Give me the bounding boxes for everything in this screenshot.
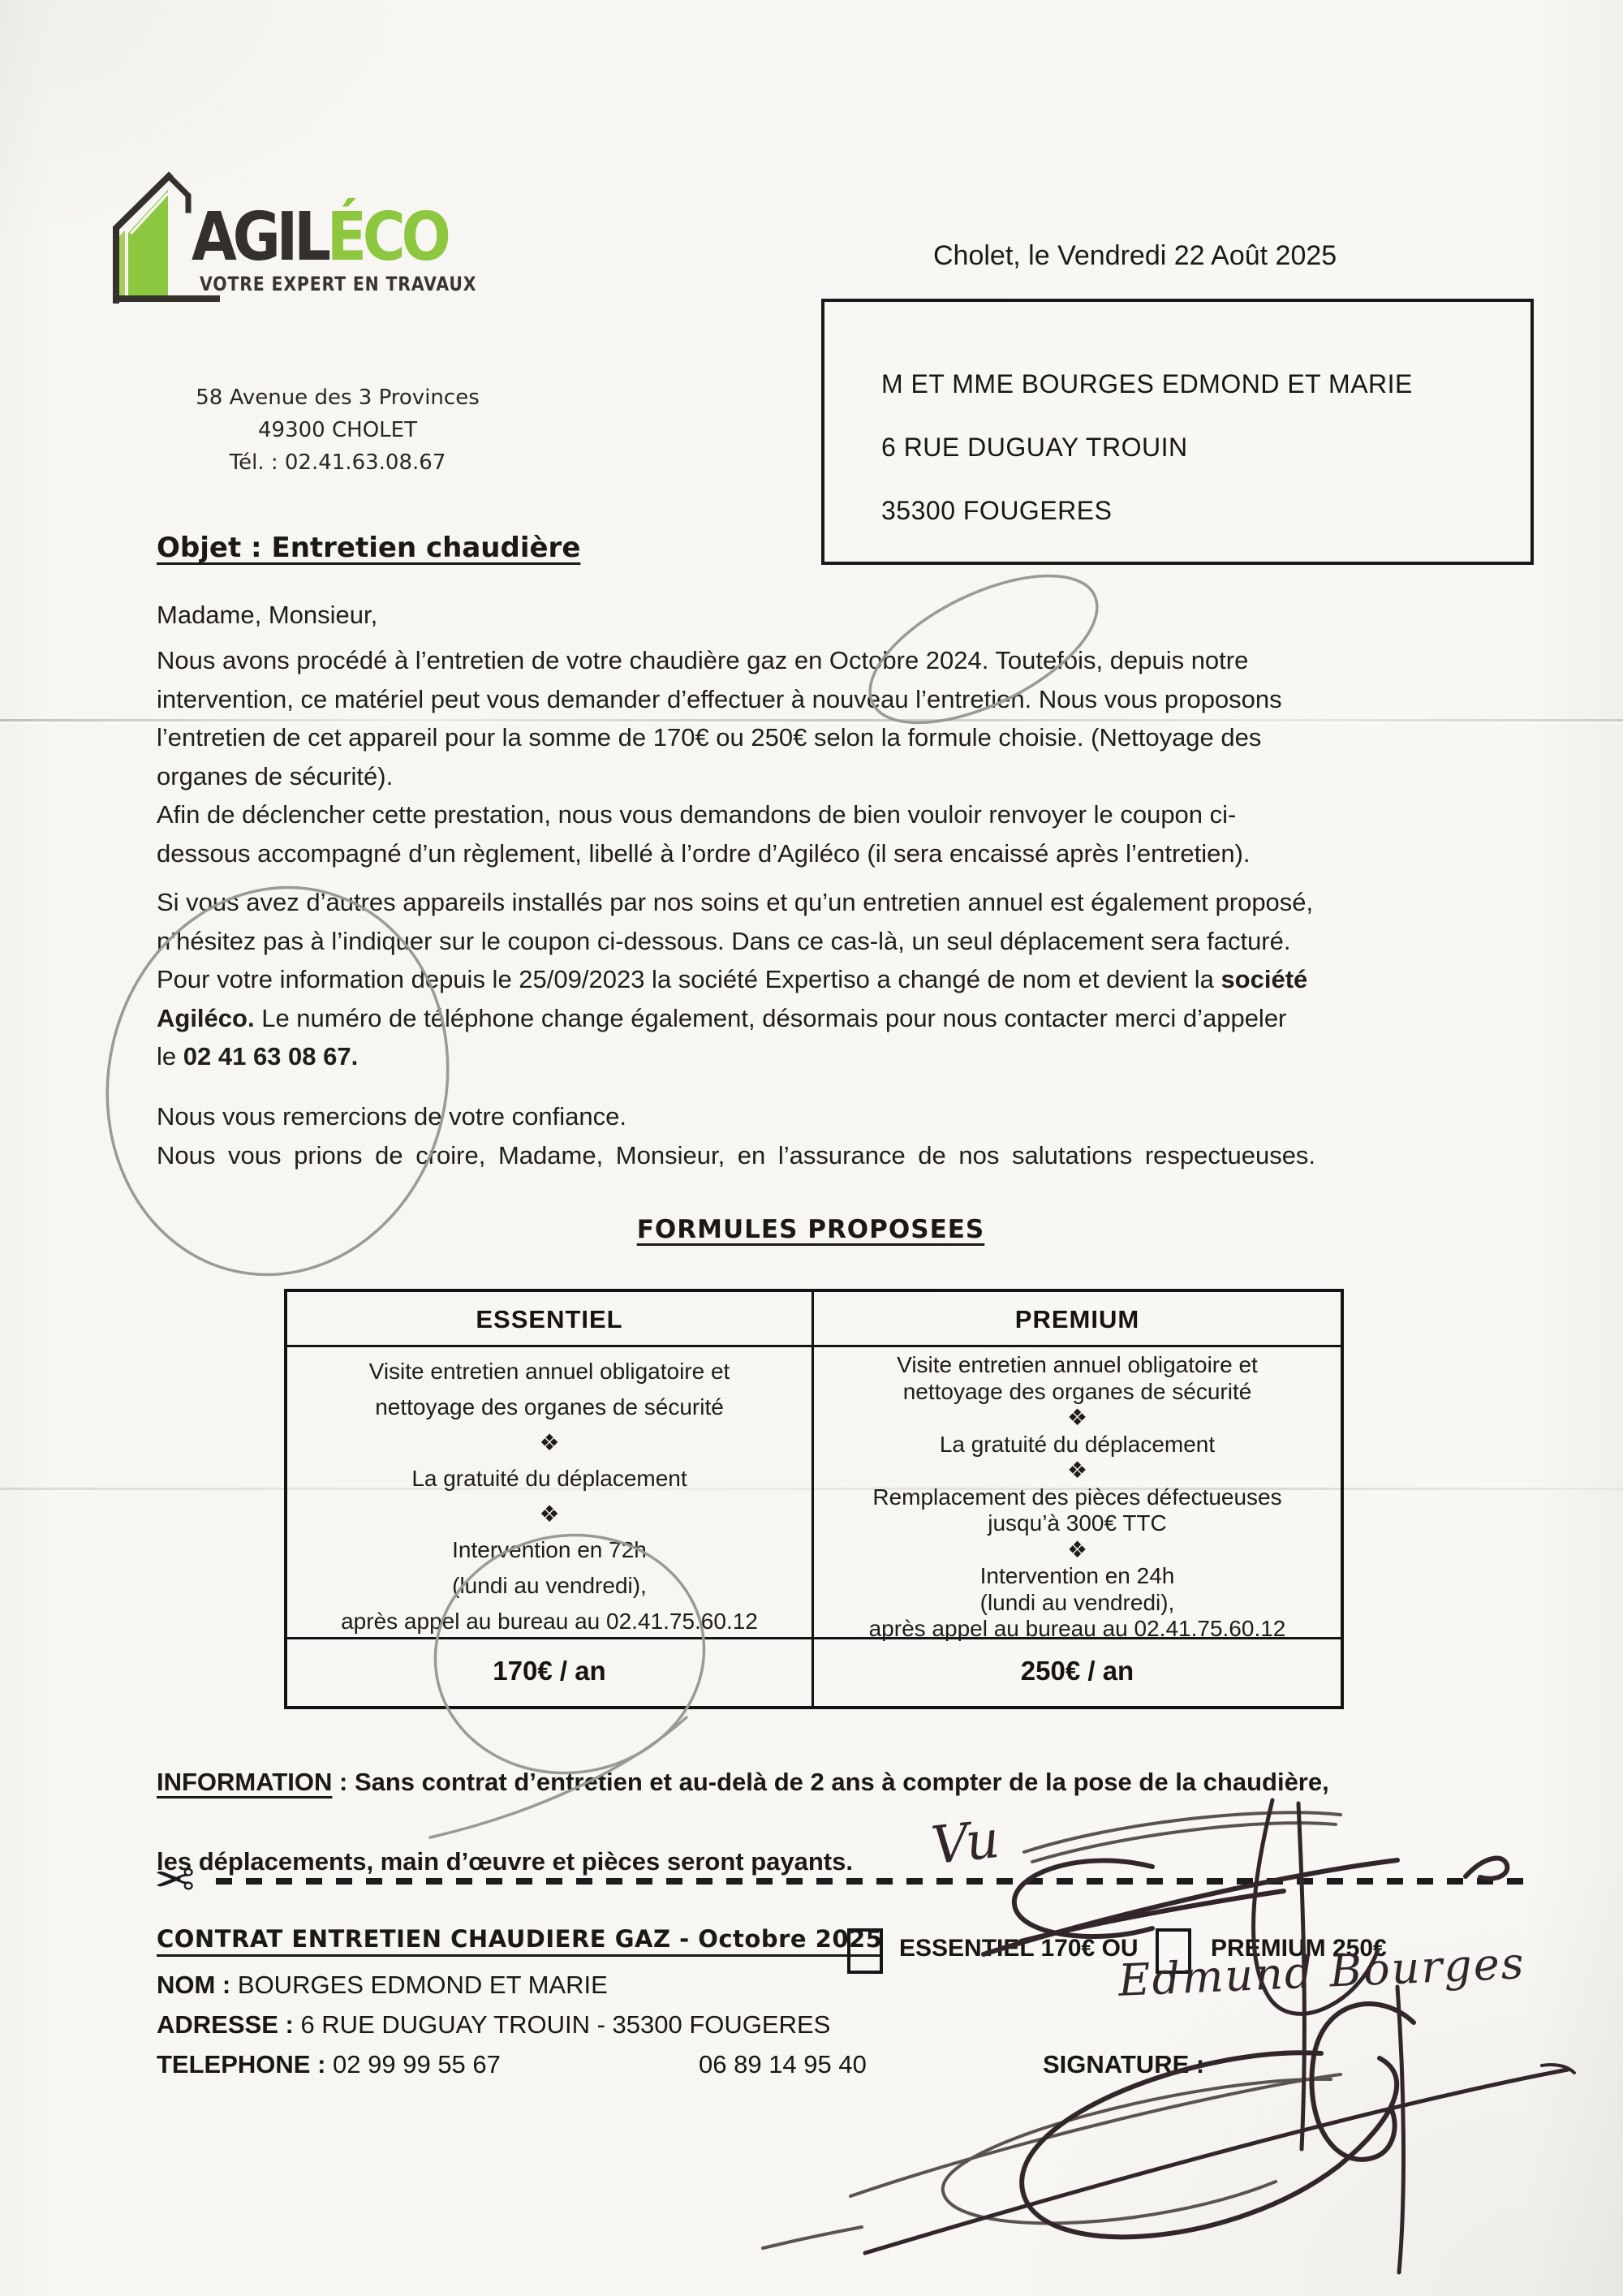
paragraph-line: Si vous avez d’autres appareils installé… xyxy=(157,883,1496,922)
coupon-telephone-row: TELEPHONE : 02 99 99 55 67 06 89 14 95 4… xyxy=(157,2050,1496,2079)
subject-line: Objet : Entretien chaudière xyxy=(157,532,580,564)
information-text: : Sans contrat d’entretien et au-delà de… xyxy=(332,1768,1328,1796)
information-line: les déplacements, main d’œuvre et pièces… xyxy=(157,1842,1496,1881)
paragraph-line: Agiléco. Le numéro de téléphone change é… xyxy=(157,999,1496,1038)
adresse-value: 6 RUE DUGUAY TROUIN - 35300 FOUGERES xyxy=(300,2010,830,2039)
nom-value: BOURGES EDMOND ET MARIE xyxy=(238,1971,608,1999)
coupon-adresse-row: ADRESSE : 6 RUE DUGUAY TROUIN - 35300 FO… xyxy=(157,2010,830,2040)
line-text: Pour votre information depuis le 25/09/2… xyxy=(157,965,1220,993)
line-text: le xyxy=(157,1042,183,1070)
premium-price: 250€ / an xyxy=(814,1639,1341,1706)
paragraph-line: n’hésitez pas à l’indiquer sur le coupon… xyxy=(157,922,1496,961)
signature-label: SIGNATURE : xyxy=(1043,2050,1204,2079)
formules-table: ESSENTIEL PREMIUM Visite entretien annue… xyxy=(284,1289,1344,1709)
telephone-value-1: 02 99 99 55 67 xyxy=(333,2050,501,2078)
recipient-name: M ET MME BOURGES EDMOND ET MARIE xyxy=(881,352,1530,416)
essentiel-features: Visite entretien annuel obligatoire et n… xyxy=(287,1347,814,1639)
line-text-bold: société xyxy=(1220,965,1307,993)
checkbox-essentiel[interactable] xyxy=(847,1928,883,1974)
paragraph-line: le 02 41 63 08 67. xyxy=(157,1037,1496,1076)
line-text-bold: 02 41 63 08 67. xyxy=(183,1042,358,1070)
brand-green-part: ÉCO xyxy=(327,199,447,276)
paragraph-line: Nous avons procédé à l’entretien de votr… xyxy=(157,641,1496,680)
checkbox-essentiel-label: ESSENTIEL 170€ OU xyxy=(899,1935,1139,1962)
telephone-pair: TELEPHONE : 02 99 99 55 67 xyxy=(157,2050,501,2078)
adresse-label: ADRESSE : xyxy=(157,2010,294,2039)
brand-tagline: VOTRE EXPERT EN TRAVAUX xyxy=(200,273,476,295)
essentiel-price: 170€ / an xyxy=(287,1639,814,1706)
date-line: Cholet, le Vendredi 22 Août 2025 xyxy=(933,240,1337,272)
paragraph-line: organes de sécurité). xyxy=(157,757,1496,796)
column-header-essentiel: ESSENTIEL xyxy=(287,1292,814,1347)
scanned-letter-page: AGILÉCO VOTRE EXPERT EN TRAVAUX 58 Avenu… xyxy=(0,0,1623,2296)
recipient-city: 35300 FOUGERES xyxy=(881,479,1530,542)
paragraph-line: Nous vous prions de croire, Madame, Mons… xyxy=(157,1136,1496,1175)
nom-label: NOM : xyxy=(157,1971,230,1999)
table-body-row: Visite entretien annuel obligatoire et n… xyxy=(287,1347,1341,1639)
premium-features: Visite entretien annuel obligatoire et n… xyxy=(814,1347,1341,1639)
paragraph-1: Nous avons procédé à l’entretien de votr… xyxy=(157,641,1496,872)
paragraph-line: Pour votre information depuis le 25/09/2… xyxy=(157,960,1496,999)
contract-title-line: CONTRAT ENTRETIEN CHAUDIERE GAZ - Octobr… xyxy=(157,1925,882,1953)
formules-title: FORMULES PROPOSEES xyxy=(157,1215,1465,1244)
paragraph-line: dessous accompagné d’un règlement, libel… xyxy=(157,834,1496,873)
salutation: Madame, Monsieur, xyxy=(157,601,377,630)
paragraph-line: Afin de déclencher cette prestation, nou… xyxy=(157,795,1496,834)
information-block: INFORMATION : Sans contrat d’entretien e… xyxy=(157,1763,1496,1881)
checkbox-premium[interactable] xyxy=(1156,1928,1191,1974)
scissors-icon: ✂ xyxy=(154,1852,195,1909)
line-text: Le numéro de téléphone change également,… xyxy=(255,1004,1287,1032)
table-price-row: 170€ / an 250€ / an xyxy=(287,1639,1341,1706)
agileco-wordmark: AGILÉCO xyxy=(192,205,447,271)
table-header-row: ESSENTIEL PREMIUM xyxy=(287,1292,1341,1347)
telephone-value-2: 06 89 14 95 40 xyxy=(699,2050,867,2079)
sender-phone: Tél. : 02.41.63.08.67 xyxy=(159,446,516,479)
paragraph-line: Nous vous remercions de votre confiance. xyxy=(157,1097,1496,1136)
sender-street: 58 Avenue des 3 Provinces xyxy=(159,381,516,414)
information-line: INFORMATION : Sans contrat d’entretien e… xyxy=(157,1763,1496,1802)
recipient-address-box: M ET MME BOURGES EDMOND ET MARIE 6 RUE D… xyxy=(821,299,1534,565)
cut-dashed-line xyxy=(216,1878,1534,1885)
information-label: INFORMATION xyxy=(157,1768,332,1796)
checkbox-premium-label: PREMIUM 250€ xyxy=(1211,1935,1387,1962)
recipient-street: 6 RUE DUGUAY TROUIN xyxy=(881,416,1530,479)
paragraph-line: intervention, ce matériel peut vous dema… xyxy=(157,680,1496,719)
telephone-label: TELEPHONE : xyxy=(157,2050,325,2078)
column-header-premium: PREMIUM xyxy=(814,1292,1341,1347)
line-text-bold: Agiléco. xyxy=(157,1004,255,1032)
sender-city: 49300 CHOLET xyxy=(159,414,516,446)
closing-paragraph: Nous vous remercions de votre confiance.… xyxy=(157,1097,1496,1174)
paragraph-2: Si vous avez d’autres appareils installé… xyxy=(157,883,1496,1076)
coupon-nom-row: NOM : BOURGES EDMOND ET MARIE xyxy=(157,1971,608,2000)
sender-address-block: 58 Avenue des 3 Provinces 49300 CHOLET T… xyxy=(159,381,516,479)
paragraph-line: l’entretien de cet appareil pour la somm… xyxy=(157,718,1496,757)
brand-black-part: AGIL xyxy=(192,199,327,276)
